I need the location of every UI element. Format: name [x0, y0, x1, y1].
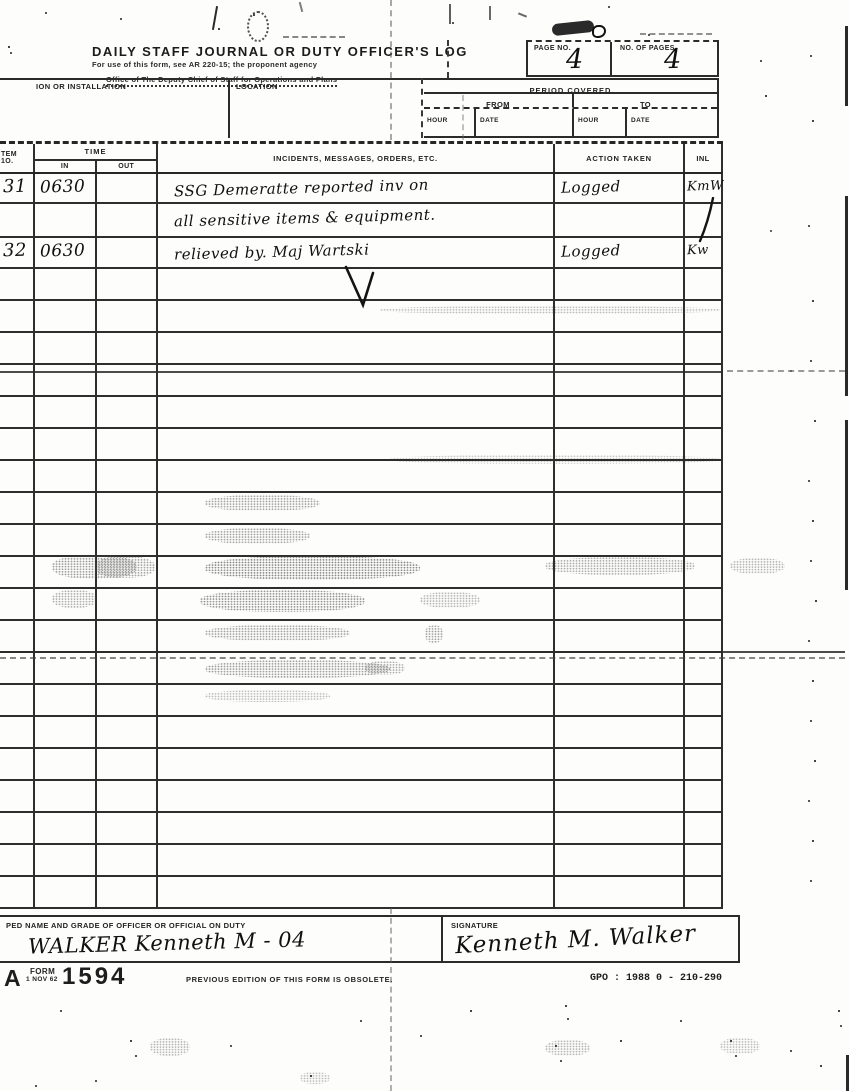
heavy-rule — [0, 371, 723, 373]
scan-smudge — [95, 556, 155, 578]
fold-line — [390, 0, 392, 140]
scan-noise — [518, 12, 527, 17]
page-number-box: PAGE NO. 4 NO. OF PAGES 4 — [526, 40, 719, 77]
period-covered-header: PERIOD COVERED — [424, 80, 717, 94]
heavy-rule-ext — [727, 370, 845, 372]
action-taken-value: Logged — [561, 177, 621, 197]
scan-smudge — [545, 557, 695, 575]
scan-smudge — [390, 455, 720, 464]
form-date: 1 NOV 62 — [26, 976, 58, 983]
form-number-line: A FORM 1 NOV 62 1594 PREVIOUS EDITION OF… — [0, 963, 760, 995]
scan-smudge — [365, 661, 405, 675]
table-row: 31 0630 SSG Demeratte reported inv on Lo… — [0, 174, 723, 204]
incident-text: relieved by. Maj Wartski — [174, 240, 370, 263]
scan-noise — [283, 36, 345, 38]
period-covered-box: PERIOD COVERED FROM TO HOUR DATE HOUR DA… — [424, 78, 719, 138]
time-in-value: 0630 — [40, 240, 86, 261]
scan-smudge — [545, 1040, 590, 1056]
to-label: TO — [640, 100, 651, 109]
pen-stroke-descender — [697, 197, 719, 243]
page-edge-line — [845, 196, 848, 396]
scan-smudge — [205, 625, 350, 641]
form-subtitle-2: Office of The Deputy Chief of Staff for … — [106, 75, 337, 87]
item-no-line2: 1O. — [1, 158, 13, 165]
item-no-line1: TEM — [1, 151, 17, 158]
table-row — [0, 845, 723, 877]
from-date-cell: DATE — [476, 109, 574, 138]
scan-noise — [489, 6, 491, 20]
action-taken-value: Logged — [561, 241, 621, 261]
scan-smudge — [52, 590, 97, 608]
table-row — [0, 749, 723, 781]
time-header: TIME — [85, 147, 107, 156]
incident-text: SSG Demeratte reported inv on — [174, 176, 429, 201]
time-in-value: 0630 — [40, 176, 86, 197]
log-table: TEM 1O. TIME IN OUT INCIDENTS, MESSAGES,… — [0, 141, 723, 909]
to-hour-cell: HOUR — [574, 109, 627, 138]
page-edge-line — [846, 1055, 849, 1091]
to-date-label: DATE — [627, 117, 650, 124]
table-row — [0, 717, 723, 749]
scan-noise — [592, 25, 606, 38]
scan-smudge — [205, 556, 420, 580]
heavy-rule — [0, 657, 845, 659]
table-row — [0, 493, 723, 525]
scan-smudge — [300, 1072, 330, 1084]
table-row — [0, 621, 723, 653]
no-of-pages-value: 4 — [664, 44, 682, 75]
organization-label: ION OR INSTALLATION — [36, 82, 126, 91]
table-row — [0, 365, 723, 397]
table-row — [0, 685, 723, 717]
typed-name-value: WALKER Kenneth M - 04 — [28, 927, 307, 958]
item-no-value: 32 — [3, 240, 27, 262]
table-row — [0, 877, 723, 909]
obsolete-note: PREVIOUS EDITION OF THIS FORM IS OBSOLET… — [186, 975, 393, 984]
scan-smudge — [205, 690, 330, 702]
scan-smudge — [205, 660, 390, 678]
form-word: FORM — [30, 967, 55, 976]
form-prefix: A — [4, 965, 21, 992]
scan-noise — [640, 33, 712, 35]
from-hour-label: HOUR — [424, 117, 448, 124]
in-header: IN — [61, 163, 69, 170]
scan-noise — [247, 11, 269, 42]
table-row — [0, 397, 723, 429]
scanned-document-page: DAILY STAFF JOURNAL OR DUTY OFFICER'S LO… — [0, 0, 850, 1091]
header-divider — [447, 40, 451, 78]
from-label: FROM — [486, 100, 510, 109]
heavy-rule — [0, 651, 845, 653]
initials-header: INL — [685, 144, 723, 172]
table-row: all sensitive items & equipment. — [0, 204, 723, 238]
org-location-divider — [228, 78, 230, 138]
scan-smudge — [720, 1038, 760, 1054]
item-no-header: TEM 1O. — [0, 144, 35, 172]
log-table-header: TEM 1O. TIME IN OUT INCIDENTS, MESSAGES,… — [0, 141, 723, 174]
scan-noise-speckles — [0, 0, 2, 2]
scan-noise — [299, 2, 304, 12]
initials-value: KmW — [687, 179, 724, 195]
action-taken-header: ACTION TAKEN — [555, 144, 685, 172]
page-no-value: 4 — [566, 44, 584, 75]
table-row — [0, 333, 723, 365]
fold-line — [390, 908, 392, 1091]
scan-smudge — [200, 590, 365, 612]
time-header-group: TIME IN OUT — [35, 144, 158, 172]
scan-smudge — [730, 558, 785, 574]
duty-officer-box: PED NAME AND GRADE OF OFFICER OR OFFICIA… — [0, 915, 740, 963]
incident-text: all sensitive items & equipment. — [174, 206, 436, 231]
scan-smudge — [380, 306, 720, 314]
pen-stroke-checkmark — [340, 264, 386, 310]
form-title: DAILY STAFF JOURNAL OR DUTY OFFICER'S LO… — [92, 44, 468, 59]
gpo-note: GPO : 1988 0 - 210-290 — [590, 973, 722, 984]
location-label: LOCATION — [236, 82, 278, 91]
from-header: FROM — [424, 94, 574, 107]
header-rule — [0, 78, 424, 80]
to-header: TO — [574, 94, 717, 107]
scan-noise — [449, 4, 451, 24]
table-row — [0, 781, 723, 813]
form-subtitle-1: For use of this form, see AR 220-15; the… — [92, 60, 468, 69]
initials-value: Kw — [687, 243, 709, 259]
scan-noise — [212, 6, 218, 30]
to-date-cell: DATE — [627, 109, 717, 138]
table-row — [0, 525, 723, 557]
to-hour-label: HOUR — [574, 117, 599, 124]
form-title-block: DAILY STAFF JOURNAL OR DUTY OFFICER'S LO… — [92, 44, 468, 87]
incidents-header: INCIDENTS, MESSAGES, ORDERS, ETC. — [158, 144, 555, 172]
form-number: 1594 — [62, 963, 127, 991]
out-header: OUT — [118, 163, 134, 170]
table-row — [0, 813, 723, 845]
page-edge-line — [845, 26, 848, 106]
scan-smudge — [205, 495, 320, 511]
fold-line — [462, 95, 464, 140]
scan-noise-blob — [551, 20, 594, 36]
typed-name-label: PED NAME AND GRADE OF OFFICER OR OFFICIA… — [0, 917, 441, 930]
page-edge-line — [845, 420, 848, 590]
table-row — [0, 461, 723, 493]
scan-smudge — [425, 625, 443, 643]
scan-smudge — [150, 1038, 190, 1056]
scan-smudge — [205, 528, 310, 544]
from-hour-cell: HOUR — [424, 109, 476, 138]
from-date-label: DATE — [476, 117, 499, 124]
item-no-value: 31 — [3, 176, 27, 198]
scan-smudge — [420, 592, 480, 608]
